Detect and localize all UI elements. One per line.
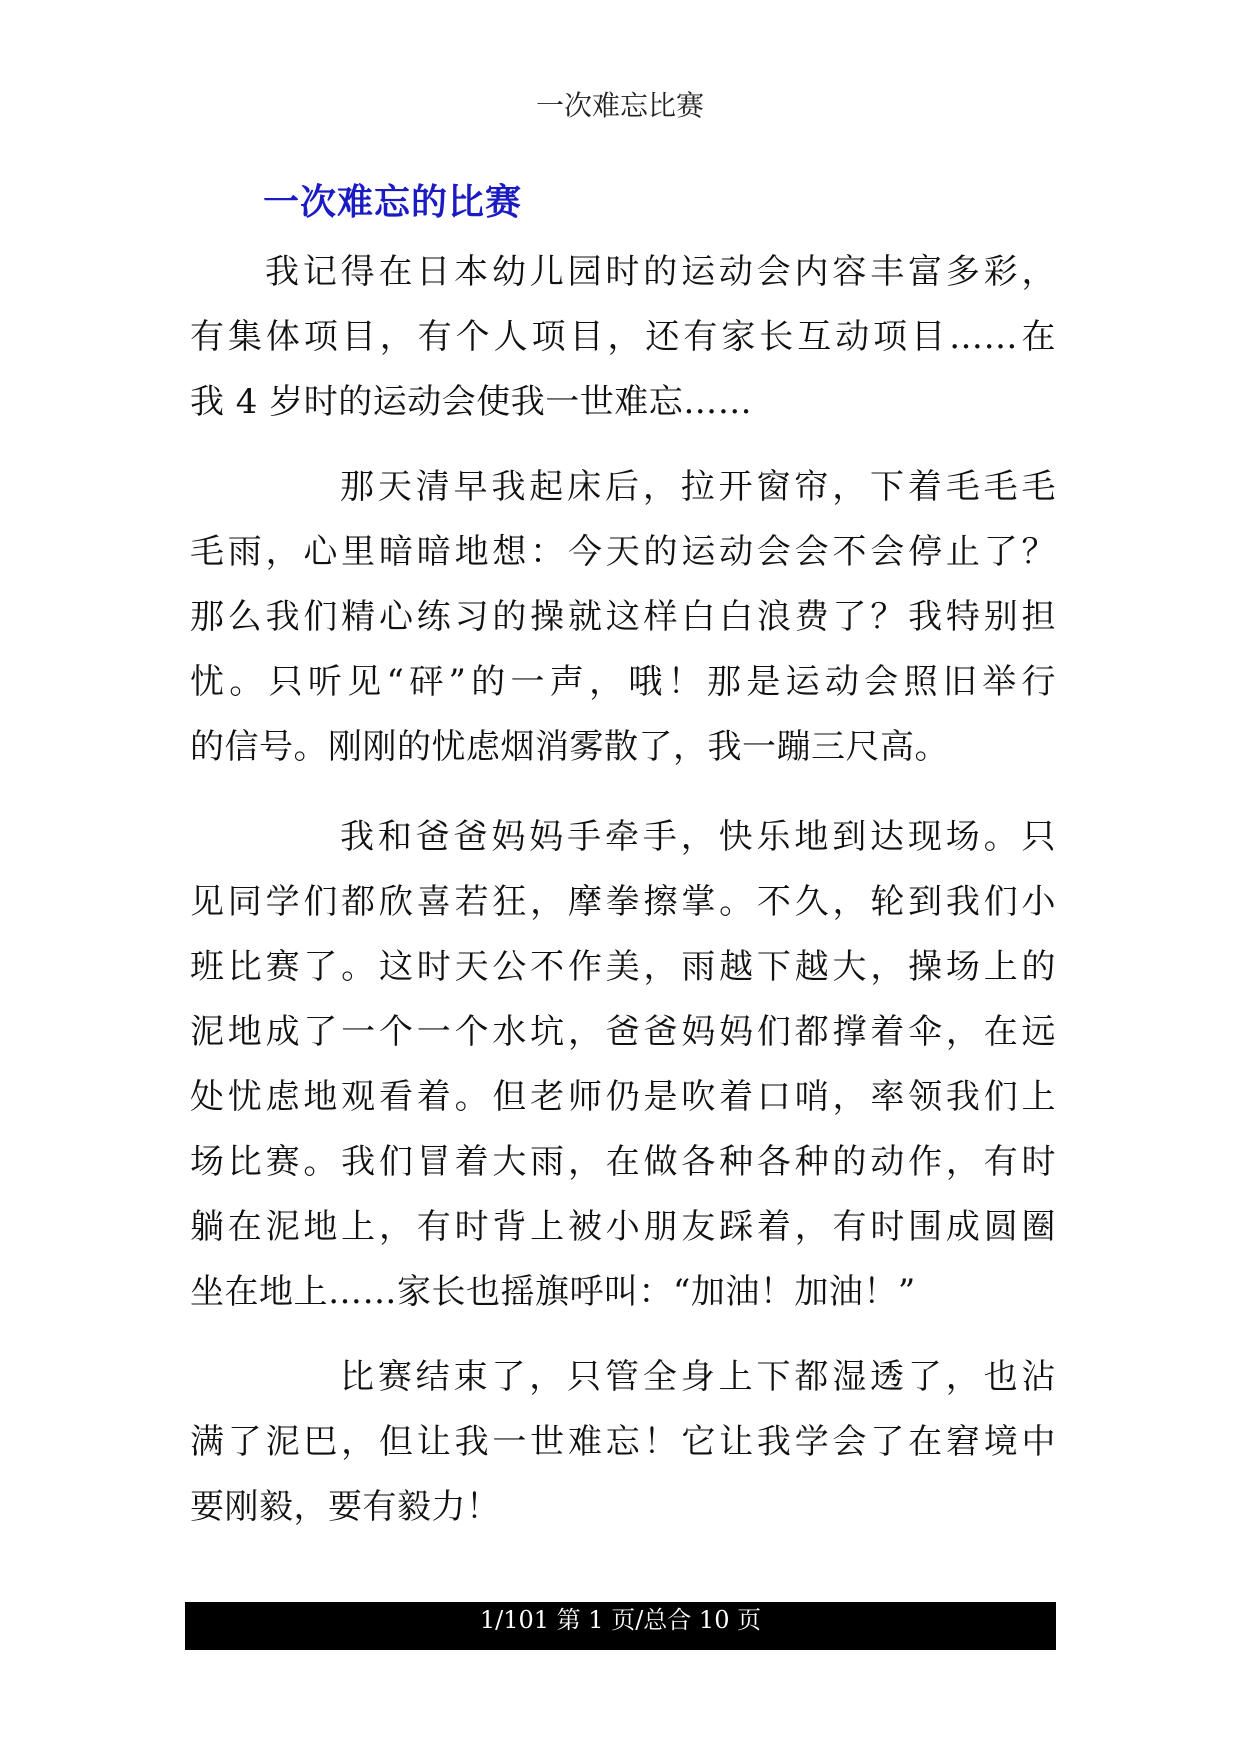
paragraph-line: 的信号。刚刚的忧虑烟消雾散了，我一蹦三尺高。	[190, 715, 1056, 780]
paragraph-line: 有集体项目，有个人项目，还有家长互动项目……在	[190, 305, 1056, 370]
paragraph-line: 见同学们都欣喜若狂，摩拳擦掌。不久，轮到我们小	[190, 870, 1056, 935]
page-footer-bar: 1/101 第 1 页/总合 10 页	[185, 1602, 1056, 1650]
paragraph-line: 处忧虑地观看着。但老师仍是吹着口哨，率领我们上	[190, 1065, 1056, 1130]
paragraph-line: 要刚毅，要有毅力！	[190, 1475, 1056, 1540]
paragraph-line: 满了泥巴，但让我一世难忘！它让我学会了在窘境中	[190, 1410, 1056, 1475]
paragraph-2: 那天清早我起床后，拉开窗帘，下着毛毛毛 毛雨，心里暗暗地想：今天的运动会会不会停…	[190, 455, 1056, 780]
paragraph-line: 我记得在日本幼儿园时的运动会内容丰富多彩，	[190, 240, 1056, 305]
paragraph-line: 坐在地上……家长也摇旗呼叫：“加油！加油！”	[190, 1260, 1056, 1325]
paragraph-line: 班比赛了。这时天公不作美，雨越下越大，操场上的	[190, 935, 1056, 1000]
paragraph-line: 比赛结束了，只管全身上下都湿透了，也沾	[190, 1345, 1056, 1410]
paragraph-line: 泥地成了一个一个水坑，爸爸妈妈们都撑着伞，在远	[190, 1000, 1056, 1065]
paragraph-line: 毛雨，心里暗暗地想：今天的运动会会不会停止了？	[190, 520, 1056, 585]
paragraph-line: 躺在泥地上，有时背上被小朋友踩着，有时围成圆圈	[190, 1195, 1056, 1260]
paragraph-3: 我和爸爸妈妈手牵手，快乐地到达现场。只 见同学们都欣喜若狂，摩拳擦掌。不久，轮到…	[190, 805, 1056, 1325]
paragraph-4: 比赛结束了，只管全身上下都湿透了，也沾 满了泥巴，但让我一世难忘！它让我学会了在…	[190, 1345, 1056, 1540]
document-title: 一次难忘的比赛	[263, 180, 522, 226]
paragraph-line: 忧。只听见“砰”的一声，哦！那是运动会照旧举行	[190, 650, 1056, 715]
running-header: 一次难忘比赛	[0, 88, 1240, 124]
paragraph-line: 我 4 岁时的运动会使我一世难忘……	[190, 370, 1056, 435]
paragraph-1: 我记得在日本幼儿园时的运动会内容丰富多彩， 有集体项目，有个人项目，还有家长互动…	[190, 240, 1056, 435]
page-number-label: 1/101 第 1 页/总合 10 页	[480, 1606, 761, 1634]
paragraph-line: 场比赛。我们冒着大雨，在做各种各种的动作，有时	[190, 1130, 1056, 1195]
paragraph-line: 那么我们精心练习的操就这样白白浪费了？我特别担	[190, 585, 1056, 650]
paragraph-line: 那天清早我起床后，拉开窗帘，下着毛毛毛	[190, 455, 1056, 520]
paragraph-line: 我和爸爸妈妈手牵手，快乐地到达现场。只	[190, 805, 1056, 870]
